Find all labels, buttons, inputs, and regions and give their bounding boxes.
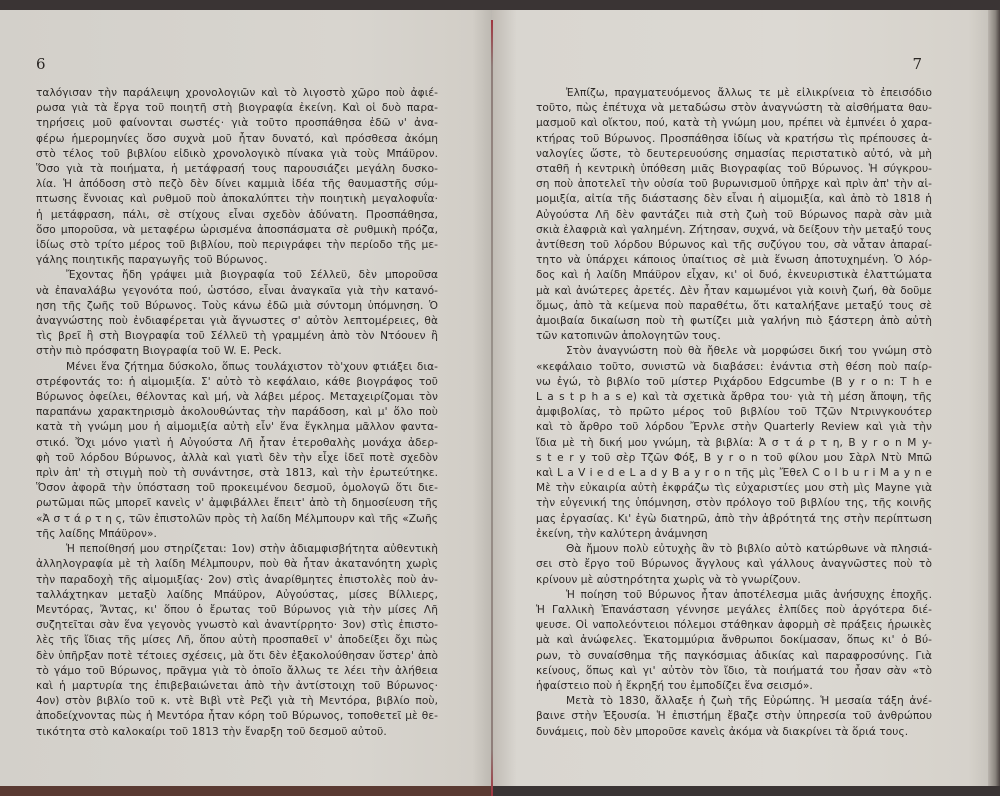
text-line: τὴν παραδοχὴ τῆς αἱμομιξίας· 2ον) στὶς ἀ… (36, 573, 438, 588)
text-line: ὅσο μποροῦσα, νὰ μεταφέρω ὡρισμένα ἀποσπ… (36, 223, 438, 238)
left-page-body: ταλόγισαν τὴν παράλειψη χρονολογιῶν καὶ … (36, 86, 438, 740)
text-line: ὅμως, ἀπὸ τὰ κείμενα ποὺ παραθέτω, ὅτι κ… (536, 299, 932, 314)
text-line: κρίνουν μὲ αὐστηρότητα χωρὶς νὰ τὸ γνωρί… (536, 573, 932, 588)
text-line: ἴδια μὲ τὴ δική μου γνώμη, τὰ βιβλία: Ἀ … (536, 436, 932, 451)
text-line: ρωτῶμαι πῶς μπορεῖ κανεὶς ν' ἀμφιβάλλει … (36, 496, 438, 511)
text-line: Αὐγούστα Λῆ δὲν φαντάζει πιὰ στὴ ζωὴ τοῦ… (536, 208, 932, 223)
text-line: Θὰ ἤμουν πολὺ εὐτυχὴς ἂν τὸ βιβλίο αὐτὸ … (536, 542, 932, 557)
text-line: φὴ τοῦ λόρδου Βύρωνος, ἀλλὰ καὶ γιατὶ δὲ… (36, 451, 438, 466)
text-line: λὲς τῆς ἴδιας τῆς μίσες Λῆ, ὅπου αὐτὴ πρ… (36, 633, 438, 648)
text-line: ἀντίθεση τοῦ λόρδου Βύρωνος καὶ τῆς συζύ… (536, 238, 932, 253)
text-line: τὶς βρεῖ ἢ στὴ Βιογραφία τοῦ Σέλλεϋ τὴ γ… (36, 329, 438, 344)
right-page-body: Ἐλπίζω, πραγματευόμενος ἄλλως τε μὲ εἰλι… (536, 86, 932, 740)
text-line: πτωσης ἔννοιας καὶ ρυθμοῦ ποὺ ἀποκαλύπτε… (36, 192, 438, 207)
text-line: Ἔχοντας ἤδη γράψει μιὰ βιογραφία τοῦ Σέλ… (36, 268, 438, 283)
page-edge (988, 10, 1000, 786)
text-line: νω ἐγώ, τὸ βιβλίο τοῦ μίστερ Ριχάρδου Ed… (536, 375, 932, 390)
text-line: συζητεῖται σὰν ἕνα γεγονὸς γνωστὸ καὶ ἀν… (36, 618, 438, 633)
text-line: τητο νὰ ὑπάρχει κάποιος ὑπαίτιος σὲ μιὰ … (536, 253, 932, 268)
left-page: 6 ταλόγισαν τὴν παράλειψη χρονολογιῶν κα… (0, 10, 492, 796)
text-line: «Ἀ σ τ ά ρ τ η ς, τῶν ἐπιστολῶν πρὸς τὴ … (36, 512, 438, 527)
text-line: ἀλληλογραφία μὲ τὴ λαίδη Μέλμπουρν, ποὺ … (36, 557, 438, 572)
right-page: 7 Ἐλπίζω, πραγματευόμενος ἄλλως τε μὲ εἰ… (492, 10, 988, 796)
text-line: ταλλάχτηκαν μεταξὺ λαίδης Μπάϋρον, Αὐγού… (36, 588, 438, 603)
text-line: Μένει ἕνα ζήτημα δύσκολο, ὅπως τουλάχιστ… (36, 360, 438, 375)
text-line: L a s t p h a s e) καὶ τὰ σχετικὰ ἄρθρα … (536, 390, 932, 405)
text-line: ηση τῆς ζωῆς τοῦ Βύρωνος. Τοὺς κάνω ἐδῶ … (36, 299, 438, 314)
text-line: λία. Ἡ ἀπόδοση στὸ πεζὸ δὲν δίνει καμμιὰ… (36, 177, 438, 192)
text-line: ναλογίες ὥστε, τὸ δευτερευούσης σημασίας… (536, 147, 932, 162)
text-line: φέρω ἡμερομηνίες ὅσο συχνὰ μοῦ ἦταν δυνα… (36, 132, 438, 147)
text-line: νὰ ἐπαναλάβω γεγονότα πού, ὡστόσο, εἶναι… (36, 284, 438, 299)
text-line: καὶ τὸ ἄρθρο τοῦ λόρδου Ἔρνλε στὴν Quart… (536, 420, 932, 435)
text-line: μὰ καὶ ἀνώτερες ἀρετές. Δὲν ἦταν καμωμέν… (536, 284, 932, 299)
text-line: ἐκείνη, τὴν καλύτερη ἀνάμνηση (536, 527, 932, 542)
text-line: Στὸν ἀναγνώστη ποὺ θὰ ἤθελε νὰ μορφώσει … (536, 344, 932, 359)
text-line: ἀμοιβαία δικαίωση ποὺ τὴ φωτίζει μιὰ γαλ… (536, 314, 932, 329)
text-line: σκιὰ ἐλαφριὰ καὶ γαλημένη. Ζήτησαν, συχν… (536, 223, 932, 238)
text-line: τὴν εὐγενική της ὑπόμνηση, στὸν πρόλογο … (536, 496, 932, 511)
text-line: τικότητα στὸ καλοκαίρι τοῦ 1813 τὴν ἔναρ… (36, 725, 438, 740)
text-line: στὸ τέλος τοῦ βιβλίου εἰδικὸ χρονολογικὸ… (36, 147, 438, 162)
text-line: ταλόγισαν τὴν παράλειψη χρονολογιῶν καὶ … (36, 86, 438, 101)
text-line: ψευσε. Οἱ ναπολεόντειοι πόλεμοι στάθηκαν… (536, 618, 932, 633)
text-line: κείνους, ὅπως καὶ γι' αὐτὸν τὸν ἴδιο, τὰ… (536, 664, 932, 679)
text-line: ἰδίως στὸ τρίτο μέρος τοῦ βιβλίου, ποὺ π… (36, 238, 438, 253)
text-line: τηρήσεις μοῦ φαίνονται σωστές· γιὰ τοῦτο… (36, 116, 438, 131)
text-line: μὰ καὶ ἀνώφελες. Ἑκατομμύρια ἄνθρωποι δο… (536, 633, 932, 648)
text-line: Ὅσο γιὰ τὰ ποιήματα, ἡ μετάφρασή τους πα… (36, 162, 438, 177)
text-line: μομιξία, αἰτία τῆς διάστασης δὲν εἶναι ἡ… (536, 192, 932, 207)
text-line: Βύρωνος ὀφείλει, θέλοντας καὶ μή, νὰ λάβ… (36, 390, 438, 405)
text-line: Μετὰ τὸ 1830, ἄλλαξε ἡ ζωὴ τῆς Εὐρώπης. … (536, 694, 932, 709)
text-line: κατὰ τὴ γνώμη μου ἡ αἱμομιξία αὐτὴ εἶν' … (36, 420, 438, 435)
text-line: Ἡ ποίηση τοῦ Βύρωνος ἦταν ἀποτέλεσμα μιᾶ… (536, 588, 932, 603)
text-line: μας ἐργασίας. Κι' ἐγὼ διατηρῶ, ἀπὸ τὴν ἀ… (536, 512, 932, 527)
text-line: ἡ μετάφραση, πάλι, σὲ στίχους εἶναι σχεδ… (36, 208, 438, 223)
text-line: γάλης ποιητικῆς παραγωγῆς τοῦ Βύρωνος. (36, 253, 438, 268)
text-line: Ἡ Γαλλικὴ Ἐπανάσταση γέννησε μεγάλες ἐλπ… (536, 603, 932, 618)
text-line: ση ποὺ ἀποτελεῖ τὴν οὐσία τοῦ βυρωνισμοῦ… (536, 177, 932, 192)
text-line: ρωσα γιὰ τὰ ἔργα τοῦ ποιητῆ στὴ βιογραφί… (36, 101, 438, 116)
text-line: τὸ γάμο τοῦ Βύρωνος, πρᾶγμα γιὰ τὸ ὁποῖο… (36, 664, 438, 679)
book-spread: 6 ταλόγισαν τὴν παράλειψη χρονολογιῶν κα… (0, 10, 1000, 786)
text-line: ρων, τὸ συναίσθημα τῆς παγκόσμιας ἀδικία… (536, 649, 932, 664)
text-line: δὲν ὑπῆρξαν ποτὲ τέτοιες σχέσεις, μὰ ὅτι… (36, 649, 438, 664)
text-line: παραπάνω χαρακτηρισμὸ ἀκολουθώντας τὴν π… (36, 405, 438, 420)
text-line: κτήρας τοῦ Βύρωνος. Προσπάθησα ἰδίως νὰ … (536, 132, 932, 147)
text-line: σταθῆ ἡ κεντρικὴ ὑπόθεση μιᾶς Βιογραφίας… (536, 162, 932, 177)
text-line: μασμοῦ καὶ οἴκτου, πού, κατὰ τὴ γνώμη μο… (536, 116, 932, 131)
text-line: ἀμφιβολίας, τὸ πρῶτο μέρος τοῦ βιβλίου τ… (536, 405, 932, 420)
text-line: «κεφάλαιο τοῦτο, συνιστῶ νὰ διαβάσει: ἐν… (536, 360, 932, 375)
text-line: τῶν κατοπινῶν ἀπολογητῶν τους. (536, 329, 932, 344)
text-line: Ἐλπίζω, πραγματευόμενος ἄλλως τε μὲ εἰλι… (536, 86, 932, 101)
text-line: Μεντόρας, Ἄντας, κι' ὅπου ὁ ἔρωτας τοῦ Β… (36, 603, 438, 618)
text-line: στικό. Ὄχι μόνο γιατὶ ἡ Αὐγούστα Λῆ ἦταν… (36, 436, 438, 451)
text-line: στρέφοντάς το: ἡ αἱμομιξία. Σ' αὐτὸ τὸ κ… (36, 375, 438, 390)
text-line: s t e r y τοῦ σὲρ Τζῶν Φόξ, B y r o n το… (536, 451, 932, 466)
text-line: ἀναγνώστης ποὺ ἐνδιαφέρεται γιὰ ἄγνωστες… (36, 314, 438, 329)
text-line: σει στὸ ἔργο τοῦ Βύρωνος ἄγγλους καὶ γάλ… (536, 557, 932, 572)
text-line: τῆς λαίδης Μπάϋρον». (36, 527, 438, 542)
text-line: ἡφαίστειο ποὺ ἡ ἔκρηξή του ἐμποδίζει ἕνα… (536, 679, 932, 694)
text-line: καὶ L a V i e d e L a d y B a y r o n τῆ… (536, 466, 932, 481)
page-number-right: 7 (912, 55, 922, 73)
text-line: δος καὶ ἡ λαίδη Μπάϋρον εἶχαν, κι' οἱ δυ… (536, 268, 932, 283)
text-line: δυνάμεις, ποὺ δὲν μποροῦσε κανεὶς ἀκόμα … (536, 725, 932, 740)
text-line: ἀποδείχνοντας πὼς ἡ Μεντόρα ἦταν κόρη το… (36, 709, 438, 724)
text-line: στὴν πιὸ πρόσφατη Βιογραφία τοῦ W. E. Pe… (36, 344, 438, 359)
text-line: Ὅσον ἀφορᾶ τὴν ὑπόσταση τοῦ προκειμένου … (36, 481, 438, 496)
text-line: τοῦτο, πὼς ἐπέτυχα νὰ μεταδώσω στὸν ἀναγ… (536, 101, 932, 116)
text-line: καὶ ἡ μαρτυρία της ἐπιβεβαιώνεται ἀπὸ τὴ… (36, 679, 438, 694)
text-line: πρὶν ἀπ' τὴ στιγμὴ ποὺ τὴ συνάντησε, στὰ… (36, 466, 438, 481)
text-line: βαινε στὴν Ἐξουσία. Ἡ ἐπιστήμη ἔβαζε στὴ… (536, 709, 932, 724)
book-gutter (491, 20, 493, 796)
text-line: Ἡ πεποίθησή μου στηρίζεται: 1ον) στὴν ἀδ… (36, 542, 438, 557)
text-line: 4ον) στὸν βιβλίο τοῦ κ. ντὲ Βιβὶ ντὲ Ρεζ… (36, 694, 438, 709)
page-number-left: 6 (36, 55, 46, 73)
text-line: Μὲ τὴν εὐκαιρία αὐτὴ ἐκφράζω τὶς εὐχαρισ… (536, 481, 932, 496)
